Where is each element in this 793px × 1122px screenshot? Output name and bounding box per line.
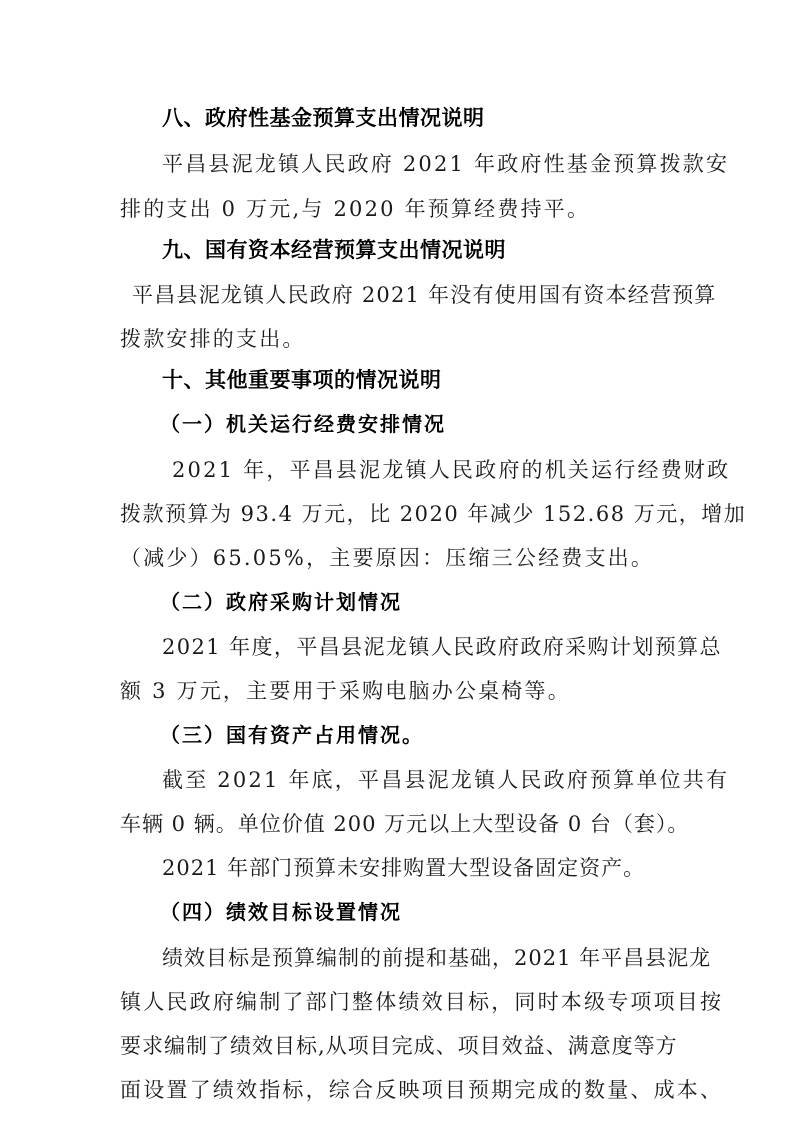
paragraph-line: 排的支出 0 万元,与 2020 年预算经费持平。 [120,197,590,221]
paragraph-line: 拨款预算为 93.4 万元，比 2020 年减少 152.68 万元，增加 [120,502,672,526]
section-heading-9: 九、国有资本经营预算支出情况说明 [162,238,506,262]
document-page: 八、政府性基金预算支出情况说明 平昌县泥龙镇人民政府 2021 年政府性基金预算… [0,0,793,1122]
section-heading-8: 八、政府性基金预算支出情况说明 [162,106,485,130]
subsection-heading-4: （四）绩效目标设置情况 [160,900,402,924]
paragraph-line: 拨款安排的支出。 [120,327,306,351]
paragraph-line: 平昌县泥龙镇人民政府 2021 年没有使用国有资本经营预算 [132,283,672,307]
paragraph-line: 额 3 万元，主要用于采购电脑办公桌椅等。 [120,679,571,703]
subsection-heading-1: （一）机关运行经费安排情况 [160,412,446,436]
paragraph-line: （减少）65.05%，主要原因：压缩三公经费支出。 [120,546,654,570]
paragraph-line: 2021 年度，平昌县泥龙镇人民政府政府采购计划预算总 [162,635,672,659]
paragraph-line: 面设置了绩效指标，综合反映项目预期完成的数量、成本、 [120,1078,672,1102]
paragraph-line: 要求编制了绩效目标,从项目完成、项目效益、满意度等方 [120,1034,672,1058]
paragraph-line: 2021 年部门预算未安排购置大型设备固定资产。 [162,856,645,880]
paragraph-line: 镇人民政府编制了部门整体绩效目标，同时本级专项项目按 [120,990,672,1014]
paragraph-line: 平昌县泥龙镇人民政府 2021 年政府性基金预算拨款安 [162,152,672,176]
paragraph-line: 截至 2021 年底，平昌县泥龙镇人民政府预算单位共有 [162,768,672,792]
section-heading-10: 十、其他重要事项的情况说明 [162,368,442,392]
paragraph-line: 2021 年，平昌县泥龙镇人民政府的机关运行经费财政 [172,458,672,482]
paragraph-line: 车辆 0 辆。单位价值 200 万元以上大型设备 0 台（套）。 [120,812,672,836]
paragraph-line: 绩效目标是预算编制的前提和基础，2021 年平昌县泥龙 [162,946,672,970]
subsection-heading-2: （二）政府采购计划情况 [160,590,402,614]
subsection-heading-3: （三）国有资产占用情况。 [160,723,424,747]
